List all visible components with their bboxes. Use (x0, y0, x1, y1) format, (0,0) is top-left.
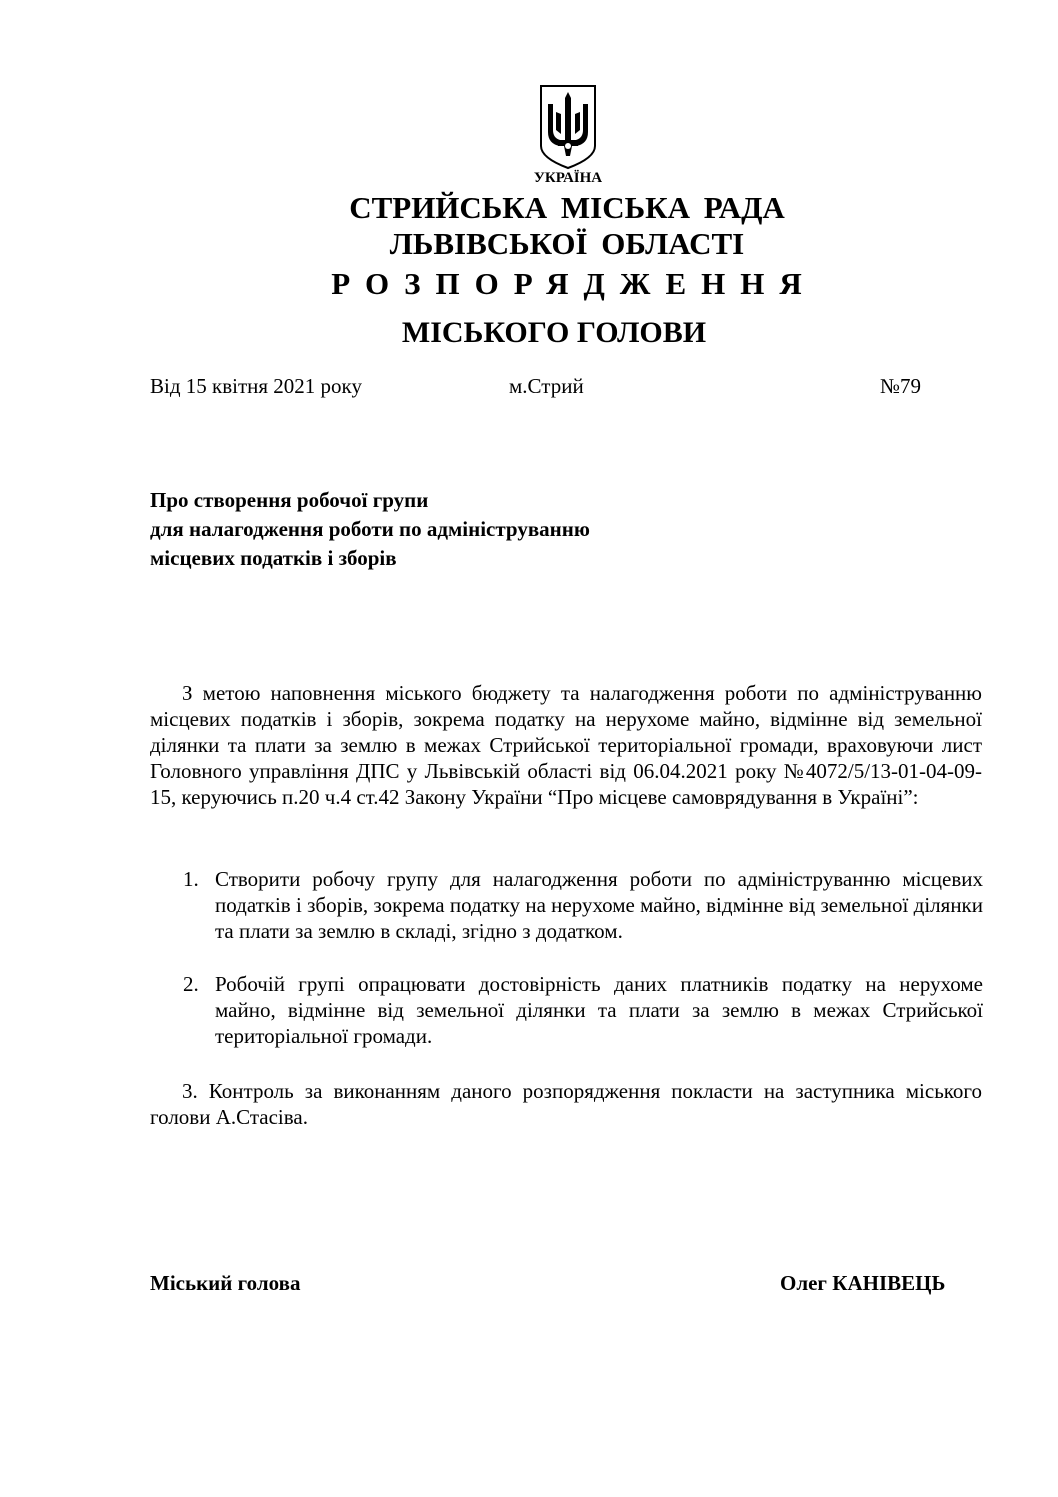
list-item-text: Робочій групі опрацювати достовірність д… (215, 971, 983, 1049)
document-type-heading: РОЗПОРЯДЖЕННЯ (0, 266, 1058, 302)
trident-coat-of-arms-icon (538, 84, 598, 170)
country-label: УКРАЇНА (0, 170, 1058, 187)
list-item-text: Створити робочу групу для налагодження р… (215, 866, 983, 944)
document-page: УКРАЇНА СТРИЙСЬКА МІСЬКА РАДА ЛЬВІВСЬКОЇ… (0, 0, 1058, 1497)
council-name-line-2: ЛЬВІВСЬКОЇ ОБЛАСТІ (76, 226, 1058, 262)
list-item-3: 3. Контроль за виконанням даного розпоря… (150, 1078, 982, 1130)
list-item-1: 1. Створити робочу групу для налагодженн… (183, 866, 983, 944)
document-subtitle: МІСЬКОГО ГОЛОВИ (0, 316, 1058, 350)
signature-name: Олег КАНІВЕЦЬ (780, 1271, 945, 1296)
council-name: СТРИЙСЬКА МІСЬКА РАДА ЛЬВІВСЬКОЇ ОБЛАСТІ (0, 190, 1058, 262)
intro-paragraph: З метою наповнення міського бюджету та н… (150, 680, 982, 810)
title-line-2: для налагодження роботи по адмініструван… (150, 515, 590, 544)
list-item-2: 2. Робочій групі опрацювати достовірніст… (183, 971, 983, 1049)
document-number: №79 (880, 374, 921, 399)
list-item-number: 2. (183, 971, 199, 997)
signature-role: Міський голова (150, 1271, 300, 1296)
list-item-number: 1. (183, 866, 199, 892)
council-name-line-1: СТРИЙСЬКА МІСЬКА РАДА (76, 190, 1058, 226)
document-date: Від 15 квітня 2021 року (150, 374, 362, 399)
title-line-3: місцевих податків і зборів (150, 544, 590, 573)
document-city: м.Стрий (509, 374, 584, 399)
document-title: Про створення робочої групи для налагодж… (150, 486, 590, 573)
title-line-1: Про створення робочої групи (150, 486, 590, 515)
